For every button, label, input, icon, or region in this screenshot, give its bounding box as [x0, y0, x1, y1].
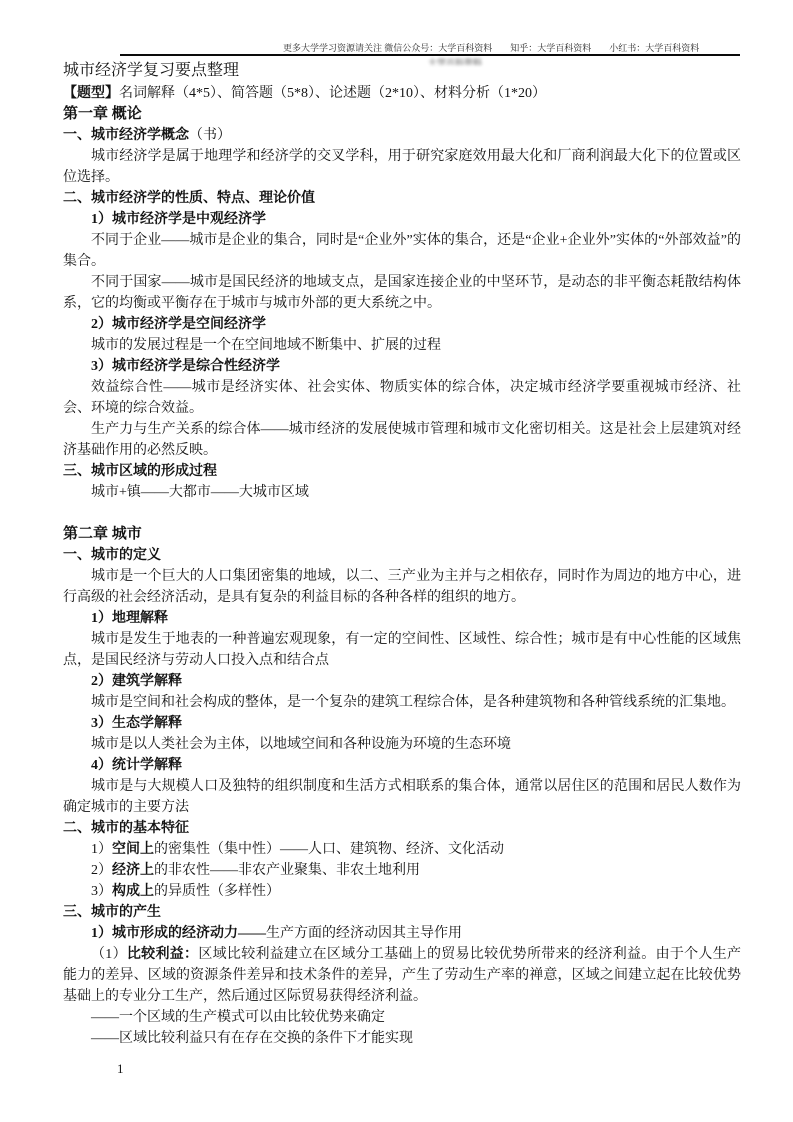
text-run: 不同于国家——城市是国民经济的地域支点，是国家连接企业的中坚环节，是动态的非平衡…	[63, 275, 741, 311]
bold-text-run: 3）生态学解释	[91, 716, 182, 731]
text-run: 城市是空间和社会构成的整体，是一个复杂的建筑工程综合体，是各种建筑物和各种管线系…	[91, 695, 735, 710]
document-body: 【题型】名词解释（4*5）、简答题（5*8）、论述题（2*10）、材料分析（1*…	[63, 83, 741, 1049]
bold-text-run: 第一章 概论	[63, 106, 142, 122]
text-run: 城市经济学是属于地理学和经济学的交叉学科，用于研究家庭效用最大化和厂商利润最大化…	[63, 149, 741, 185]
text-run: 不同于企业——城市是企业的集合，同时是“企业外”实体的集合，还是“企业+企业外”…	[63, 233, 741, 269]
bold-text-run: 【题型】	[63, 86, 119, 101]
text-run: 的非农性——非农产业聚集、非农土地利用	[154, 863, 420, 878]
list-item: 3）构成上的异质性（多样性）	[91, 881, 741, 902]
section-heading: 三、城市的产生	[63, 902, 741, 923]
document-title: 城市经济学复习要点整理	[63, 59, 741, 83]
text-run: 的密集性（集中性）——人口、建筑物、经济、文化活动	[154, 842, 504, 857]
section-heading: 一、城市经济学概念（书）	[63, 125, 741, 146]
body-paragraph: 城市的发展过程是一个在空间地域不断集中、扩展的过程	[63, 335, 741, 356]
bold-text-run: 一、城市经济学概念	[63, 128, 189, 143]
bold-text-run: 经济上	[112, 863, 154, 878]
sub-heading: 1）地理解释	[91, 608, 741, 629]
text-run: ——一个区域的生产模式可以由比较优势来确定	[91, 1010, 385, 1025]
text-run: （书）	[189, 128, 231, 143]
text-run: 名词解释（4*5）、简答题（5*8）、论述题（2*10）、材料分析（1*20）	[119, 86, 546, 101]
text-run: 3）	[91, 884, 112, 899]
body-paragraph: （1）比较利益：区域比较利益建立在区域分工基础上的贸易比较优势所带来的经济利益。…	[63, 944, 741, 1007]
sub-heading: 3）城市经济学是综合性经济学	[91, 356, 741, 377]
body-paragraph: 城市是以人类社会为主体，以地域空间和各种设施为环境的生态环境	[63, 734, 741, 755]
bold-text-run: 第二章 城市	[63, 526, 142, 542]
list-item: ——区域比较利益只有在存在交换的条件下才能实现	[91, 1028, 741, 1049]
section-heading: 二、城市的基本特征	[63, 818, 741, 839]
bold-text-run: 1）城市形成的经济动力——	[91, 926, 266, 941]
bold-text-run: 4）统计学解释	[91, 758, 182, 773]
header-note: 更多大学学习资源请关注 微信公众号：大学百科资料 知乎：大学百科资料 小红书：大…	[283, 42, 723, 54]
body-paragraph: 不同于企业——城市是企业的集合，同时是“企业外”实体的集合，还是“企业+企业外”…	[63, 230, 741, 272]
bold-text-run: 2）城市经济学是空间经济学	[91, 317, 266, 332]
text-run: 生产力与生产关系的综合体——城市经济的发展使城市管理和城市文化密切相关。这是社会…	[63, 422, 741, 458]
bold-text-run: 1）地理解释	[91, 611, 168, 626]
body-paragraph: 城市是空间和社会构成的整体，是一个复杂的建筑工程综合体，是各种建筑物和各种管线系…	[63, 692, 741, 713]
document-page: 更多大学学习资源请关注 微信公众号：大学百科资料 知乎：大学百科资料 小红书：大…	[0, 0, 793, 1122]
text-run: 城市是以人类社会为主体，以地域空间和各种设施为环境的生态环境	[91, 737, 511, 752]
bold-text-run: 三、城市的产生	[63, 905, 161, 920]
bold-text-run: 一、城市的定义	[63, 548, 161, 563]
sub-heading: 2）城市经济学是空间经济学	[91, 314, 741, 335]
list-item: 城市+镇——大都市——大城市区域	[91, 482, 741, 503]
bold-text-run: 二、城市的基本特征	[63, 821, 189, 836]
list-item: ——一个区域的生产模式可以由比较优势来确定	[91, 1007, 741, 1028]
text-run: 1）	[91, 842, 112, 857]
bold-text-run: 3）城市经济学是综合性经济学	[91, 359, 280, 374]
text-run: 效益综合性——城市是经济实体、社会实体、物质实体的综合体，决定城市经济学要重视城…	[63, 380, 741, 416]
section-heading: 二、城市经济学的性质、特点、理论价值	[63, 188, 741, 209]
spacer	[63, 503, 741, 524]
sub-heading: 1）城市形成的经济动力——生产方面的经济动因其主导作用	[91, 923, 741, 944]
text-run: 生产方面的经济动因其主导作用	[266, 926, 462, 941]
page-number: 1	[117, 1060, 124, 1077]
body-paragraph: 城市是与大规模人口及独特的组织制度和生活方式相联系的集合体，通常以居住区的范围和…	[63, 776, 741, 818]
text-run: 的异质性（多样性）	[154, 884, 280, 899]
chapter-heading: 第一章 概论	[63, 104, 741, 125]
body-paragraph: 城市是一个巨大的人口集团密集的地域，以二、三产业为主并与之相依存，同时作为周边的…	[63, 566, 741, 608]
body-paragraph: 生产力与生产关系的综合体——城市经济的发展使城市管理和城市文化密切相关。这是社会…	[63, 419, 741, 461]
bold-text-run: 二、城市经济学的性质、特点、理论价值	[63, 191, 315, 206]
bold-text-run: 空间上	[112, 842, 154, 857]
body-paragraph: 城市是发生于地表的一种普遍宏观现象，有一定的空间性、区域性、综合性；城市是有中心…	[63, 629, 741, 671]
sub-heading: 2）建筑学解释	[91, 671, 741, 692]
bold-text-run: 构成上	[112, 884, 154, 899]
sub-heading: 4）统计学解释	[91, 755, 741, 776]
section-heading: 三、城市区域的形成过程	[63, 461, 741, 482]
text-run: 城市的发展过程是一个在空间地域不断集中、扩展的过程	[91, 338, 441, 353]
text-run: ——区域比较利益只有在存在交换的条件下才能实现	[91, 1031, 413, 1046]
text-run: 城市是与大规模人口及独特的组织制度和生活方式相联系的集合体，通常以居住区的范围和…	[63, 779, 741, 815]
sub-heading: 1）城市经济学是中观经济学	[91, 209, 741, 230]
text-run: 城市是一个巨大的人口集团密集的地域，以二、三产业为主并与之相依存，同时作为周边的…	[63, 569, 741, 605]
text-run: 城市是发生于地表的一种普遍宏观现象，有一定的空间性、区域性、综合性；城市是有中心…	[63, 632, 741, 668]
body-paragraph: 城市经济学是属于地理学和经济学的交叉学科，用于研究家庭效用最大化和厂商利润最大化…	[63, 146, 741, 188]
bold-text-run: 2）建筑学解释	[91, 674, 182, 689]
bold-text-run: 比较利益：	[127, 947, 198, 962]
text-run: 2）	[91, 863, 112, 878]
text-run: 城市+镇——大都市——大城市区域	[91, 485, 309, 500]
body-paragraph: 不同于国家——城市是国民经济的地域支点，是国家连接企业的中坚环节，是动态的非平衡…	[63, 272, 741, 314]
list-item: 1）空间上的密集性（集中性）——人口、建筑物、经济、文化活动	[91, 839, 741, 860]
chapter-heading: 第二章 城市	[63, 524, 741, 545]
bold-text-run: 三、城市区域的形成过程	[63, 464, 217, 479]
sub-heading: 3）生态学解释	[91, 713, 741, 734]
text-run: （1）	[91, 947, 127, 962]
section-heading: 一、城市的定义	[63, 545, 741, 566]
bold-text-run: 1）城市经济学是中观经济学	[91, 212, 266, 227]
list-item: 2）经济上的非农性——非农产业聚集、非农土地利用	[91, 860, 741, 881]
body-paragraph: 效益综合性——城市是经济实体、社会实体、物质实体的综合体，决定城市经济学要重视城…	[63, 377, 741, 419]
exam-format-line: 【题型】名词解释（4*5）、简答题（5*8）、论述题（2*10）、材料分析（1*…	[63, 83, 741, 104]
document-content: 城市经济学复习要点整理 【题型】名词解释（4*5）、简答题（5*8）、论述题（2…	[63, 59, 741, 1049]
